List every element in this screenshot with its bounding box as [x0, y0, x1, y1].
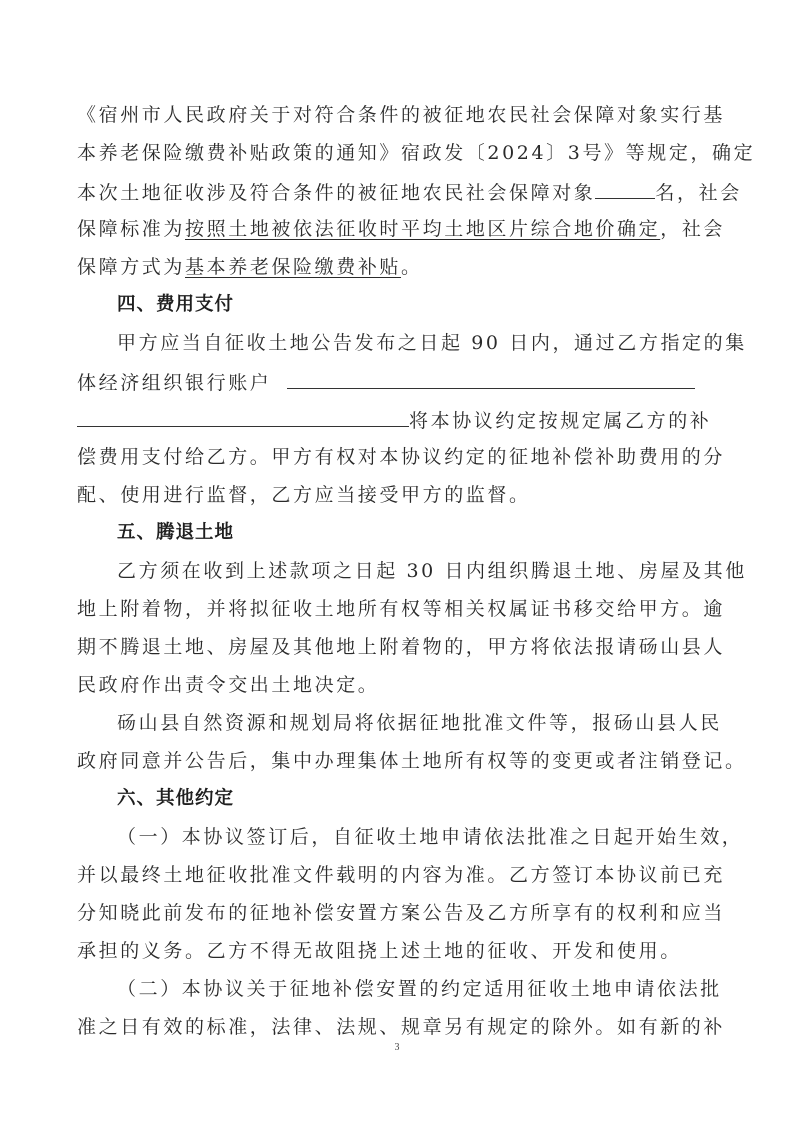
text-line: 保障方式为基本养老保险缴费补贴。	[77, 248, 740, 286]
text-line: 乙方须在收到上述款项之日起 30 日内组织腾退土地、房屋及其他	[77, 552, 740, 590]
text-line: 配、使用进行监督，乙方应当接受甲方的监督。	[77, 476, 740, 514]
text-line: 期不腾退土地、房屋及其他地上附着物的，甲方将依法报请砀山县人	[77, 628, 740, 666]
text-line: 砀山县自然资源和规划局将依据征地批准文件等，报砀山县人民	[77, 704, 740, 742]
text-line: 民政府作出责令交出土地决定。	[77, 666, 740, 704]
page-number: 3	[0, 1042, 794, 1053]
text-line: 将本协议约定按规定属乙方的补	[77, 400, 740, 438]
text-line: 本养老保险缴费补贴政策的通知》宿政发〔2024〕3号》等规定，确定	[77, 134, 740, 172]
text-line: 承担的义务。乙方不得无故阻挠上述土地的征收、开发和使用。	[77, 932, 740, 970]
text-line: 体经济组织银行账户	[77, 362, 740, 400]
text-span: 名，社会	[655, 182, 741, 204]
text-span: 将本协议约定按规定属乙方的补	[409, 410, 711, 432]
bank-account-blank-cont[interactable]	[77, 400, 409, 427]
underlined-standard: 按照土地被依法征收时平均土地区片综合地价确定	[185, 218, 660, 240]
text-span: 本次土地征收涉及符合条件的被征地农民社会保障对象	[77, 182, 595, 204]
text-span: 保障方式为	[77, 256, 185, 278]
text-span: 保障标准为	[77, 218, 185, 240]
section-heading: 四、费用支付	[77, 286, 740, 324]
text-line: 地上附着物，并将拟征收土地所有权等相关权属证书移交给甲方。逾	[77, 590, 740, 628]
text-line: （二）本协议关于征地补偿安置的约定适用征收土地申请依法批	[77, 970, 740, 1008]
bank-account-blank[interactable]	[287, 362, 695, 389]
section-heading: 六、其他约定	[77, 780, 740, 818]
text-span: 。	[401, 256, 423, 278]
document-page: 《宿州市人民政府关于对符合条件的被征地农民社会保障对象实行基 本养老保险缴费补贴…	[77, 96, 740, 1046]
section-heading: 五、腾退土地	[77, 514, 740, 552]
text-span: ，社会	[660, 218, 725, 240]
text-line: （一）本协议签订后，自征收土地申请依法批准之日起开始生效，	[77, 818, 740, 856]
text-line: 本次土地征收涉及符合条件的被征地农民社会保障对象名，社会	[77, 172, 740, 210]
text-line: 偿费用支付给乙方。甲方有权对本协议约定的征地补偿补助费用的分	[77, 438, 740, 476]
text-span: 体经济组织银行账户	[77, 372, 271, 394]
text-line: 《宿州市人民政府关于对符合条件的被征地农民社会保障对象实行基	[77, 96, 740, 134]
text-line: 甲方应当自征收土地公告发布之日起 90 日内，通过乙方指定的集	[77, 324, 740, 362]
text-line: 保障标准为按照土地被依法征收时平均土地区片综合地价确定，社会	[77, 210, 740, 248]
text-line: 并以最终土地征收批准文件载明的内容为准。乙方签订本协议前已充	[77, 856, 740, 894]
underlined-method: 基本养老保险缴费补贴	[185, 256, 401, 278]
text-line: 政府同意并公告后，集中办理集体土地所有权等的变更或者注销登记。	[77, 742, 740, 780]
blank-count-field[interactable]	[595, 172, 655, 199]
text-line: 准之日有效的标准，法律、法规、规章另有规定的除外。如有新的补	[77, 1008, 740, 1046]
text-line: 分知晓此前发布的征地补偿安置方案公告及乙方所享有的权利和应当	[77, 894, 740, 932]
